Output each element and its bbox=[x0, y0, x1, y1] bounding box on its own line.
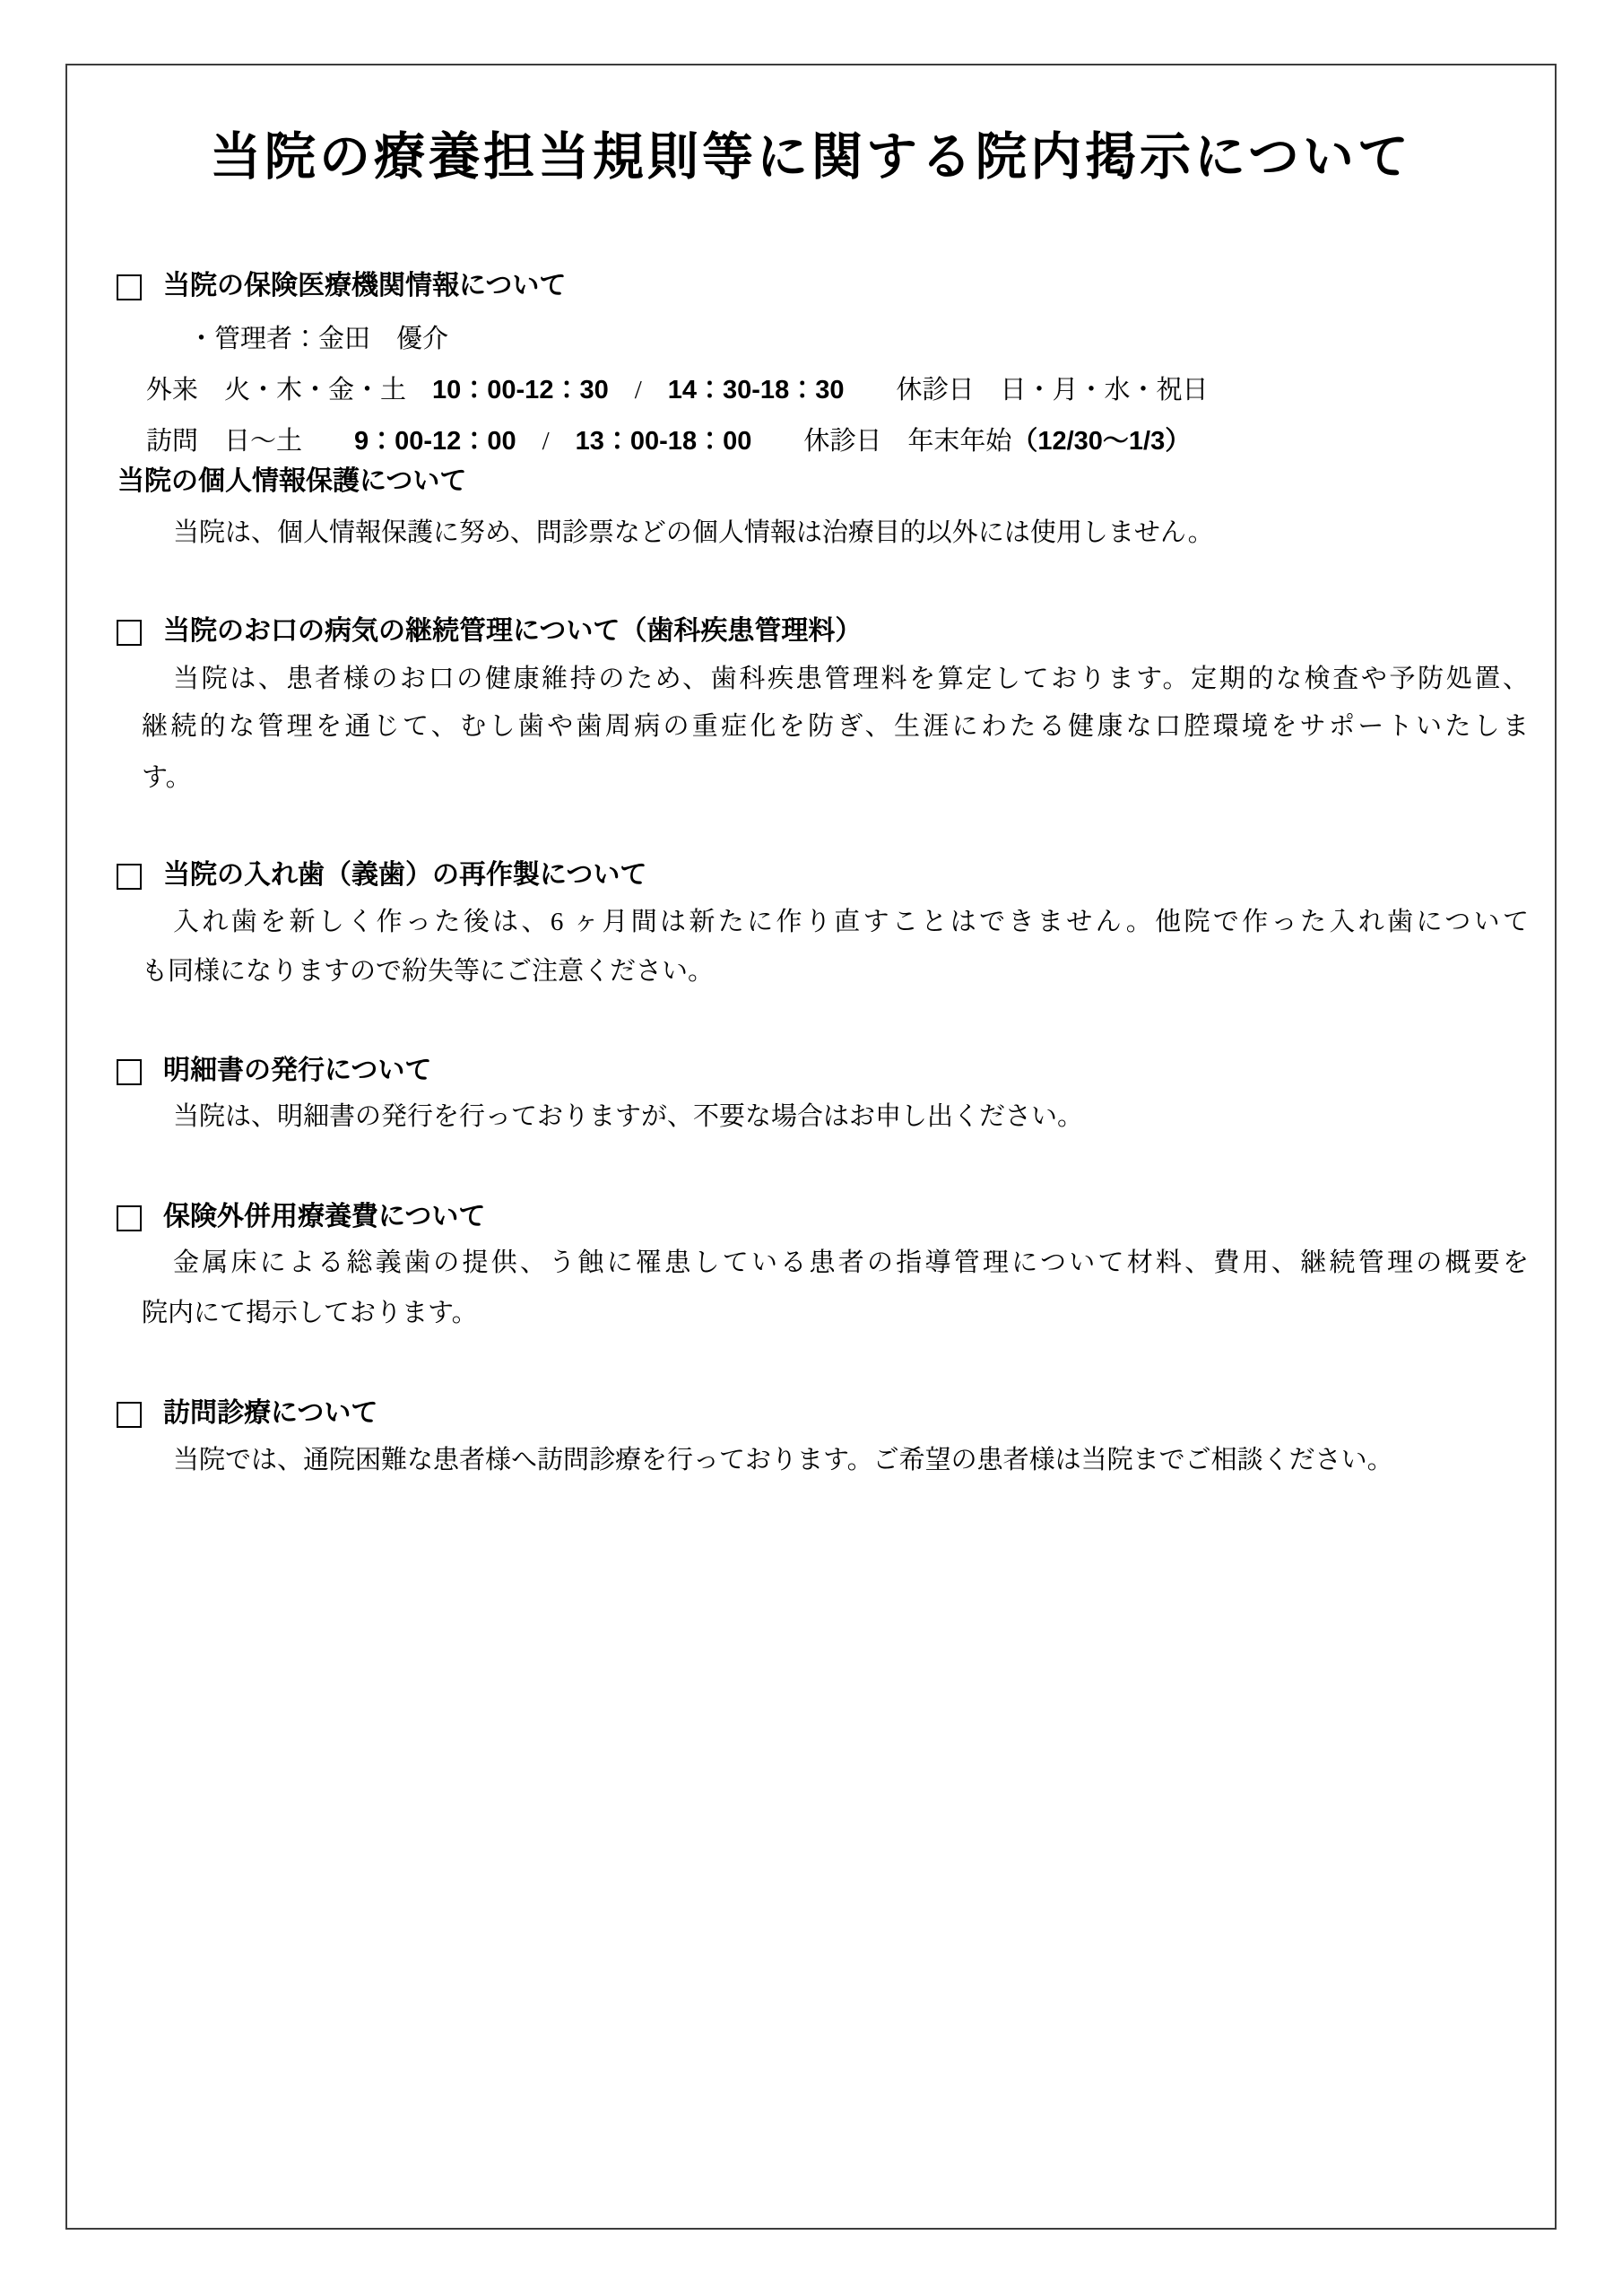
checkbox-icon bbox=[117, 1205, 142, 1231]
section-heading-continuous-care: 当院のお口の病気の継続管理について（歯科疾患管理料） bbox=[117, 613, 862, 649]
outpatient-hours-line: 外来 火・木・金・土 10：00-12：30 / 14：30-18：30 休診日… bbox=[146, 372, 1208, 408]
privacy-body-line: 当院は、個人情報保護に努め、問診票などの個人情報は治療目的以外には使用しません。 bbox=[173, 515, 1214, 551]
outpatient-separator: / bbox=[609, 376, 668, 404]
section-heading-label: 保険外併用療養費について bbox=[163, 1199, 485, 1235]
denture-body-line: も同様になりますので紛失等にご注意ください。 bbox=[142, 953, 714, 989]
checkbox-icon bbox=[117, 1402, 142, 1428]
continuous-care-body-line: 当院は、患者様のお口の健康維持のため、歯科疾患管理料を算定しております。定期的な… bbox=[173, 661, 1529, 697]
visit-closed-days: 休診日 年末年始 bbox=[751, 427, 1011, 456]
checkbox-icon bbox=[117, 274, 142, 300]
document-page: 当院の療養担当規則等に関する院内掲示について 当院の保険医療機関情報について ・… bbox=[0, 0, 1622, 2296]
checkbox-icon bbox=[117, 864, 142, 890]
visit-hours-line: 訪問 日～土 9：00-12：00 / 13：00-18：00 休診日 年末年始… bbox=[146, 423, 1191, 459]
outpatient-time-pm: 14：30-18：30 bbox=[668, 376, 845, 404]
outpatient-time-am: 10：00-12：30 bbox=[432, 376, 609, 404]
section-heading-home-visit: 訪問診療について bbox=[117, 1396, 377, 1431]
continuous-care-body-line: す。 bbox=[142, 760, 192, 796]
visit-days: 訪問 日～土 bbox=[146, 427, 354, 456]
visit-time-am: 9：00-12：00 bbox=[354, 427, 516, 456]
mixed-billing-body-line: 金属床による総義歯の提供、う蝕に罹患している患者の指導管理について材料、費用、継… bbox=[173, 1245, 1529, 1281]
checkbox-icon bbox=[117, 1059, 142, 1085]
mixed-billing-body-line: 院内にて掲示しております。 bbox=[142, 1295, 478, 1331]
section-heading-statement: 明細書の発行について bbox=[117, 1053, 431, 1089]
section-heading-label: 当院のお口の病気の継続管理について（歯科疾患管理料） bbox=[163, 613, 862, 649]
section-heading-mixed-billing: 保険外併用療養費について bbox=[117, 1199, 485, 1235]
section-heading-privacy: 当院の個人情報保護について bbox=[117, 464, 466, 500]
visit-time-pm: 13：00-18：00 bbox=[576, 427, 752, 456]
outpatient-closed-days: 休診日 日・月・水・祝日 bbox=[844, 376, 1208, 404]
section-heading-label: 訪問診療について bbox=[163, 1396, 377, 1431]
manager-line: ・管理者：金田 優介 bbox=[188, 321, 448, 357]
checkbox-icon bbox=[117, 620, 142, 646]
document-title: 当院の療養担当規則等に関する院内掲示について bbox=[0, 122, 1622, 194]
denture-body-line: 入れ歯を新しく作った後は、6 ヶ月間は新たに作り直すことはできません。他院で作っ… bbox=[173, 904, 1529, 940]
outpatient-days: 外来 火・木・金・土 bbox=[146, 376, 432, 404]
continuous-care-body-line: 継続的な管理を通じて、むし歯や歯周病の重症化を防ぎ、生涯にわたる健康な口腔環境を… bbox=[142, 709, 1529, 744]
visit-separator: / bbox=[516, 427, 576, 456]
section-heading-denture: 当院の入れ歯（義歯）の再作製について bbox=[117, 857, 646, 893]
section-heading-label: 明細書の発行について bbox=[163, 1053, 431, 1089]
section-heading-label: 当院の入れ歯（義歯）の再作製について bbox=[163, 857, 646, 893]
section-heading-insurance: 当院の保険医療機関情報について bbox=[117, 268, 566, 304]
statement-body-line: 当院は、明細書の発行を行っておりますが、不要な場合はお申し出ください。 bbox=[173, 1099, 1083, 1135]
home-visit-body-line: 当院では、通院困難な患者様へ訪問診療を行っております。ご希望の患者様は当院までご… bbox=[173, 1442, 1393, 1478]
visit-closed-dates: （12/30～1/3） bbox=[1011, 427, 1191, 456]
section-heading-label: 当院の保険医療機関情報について bbox=[163, 268, 566, 304]
